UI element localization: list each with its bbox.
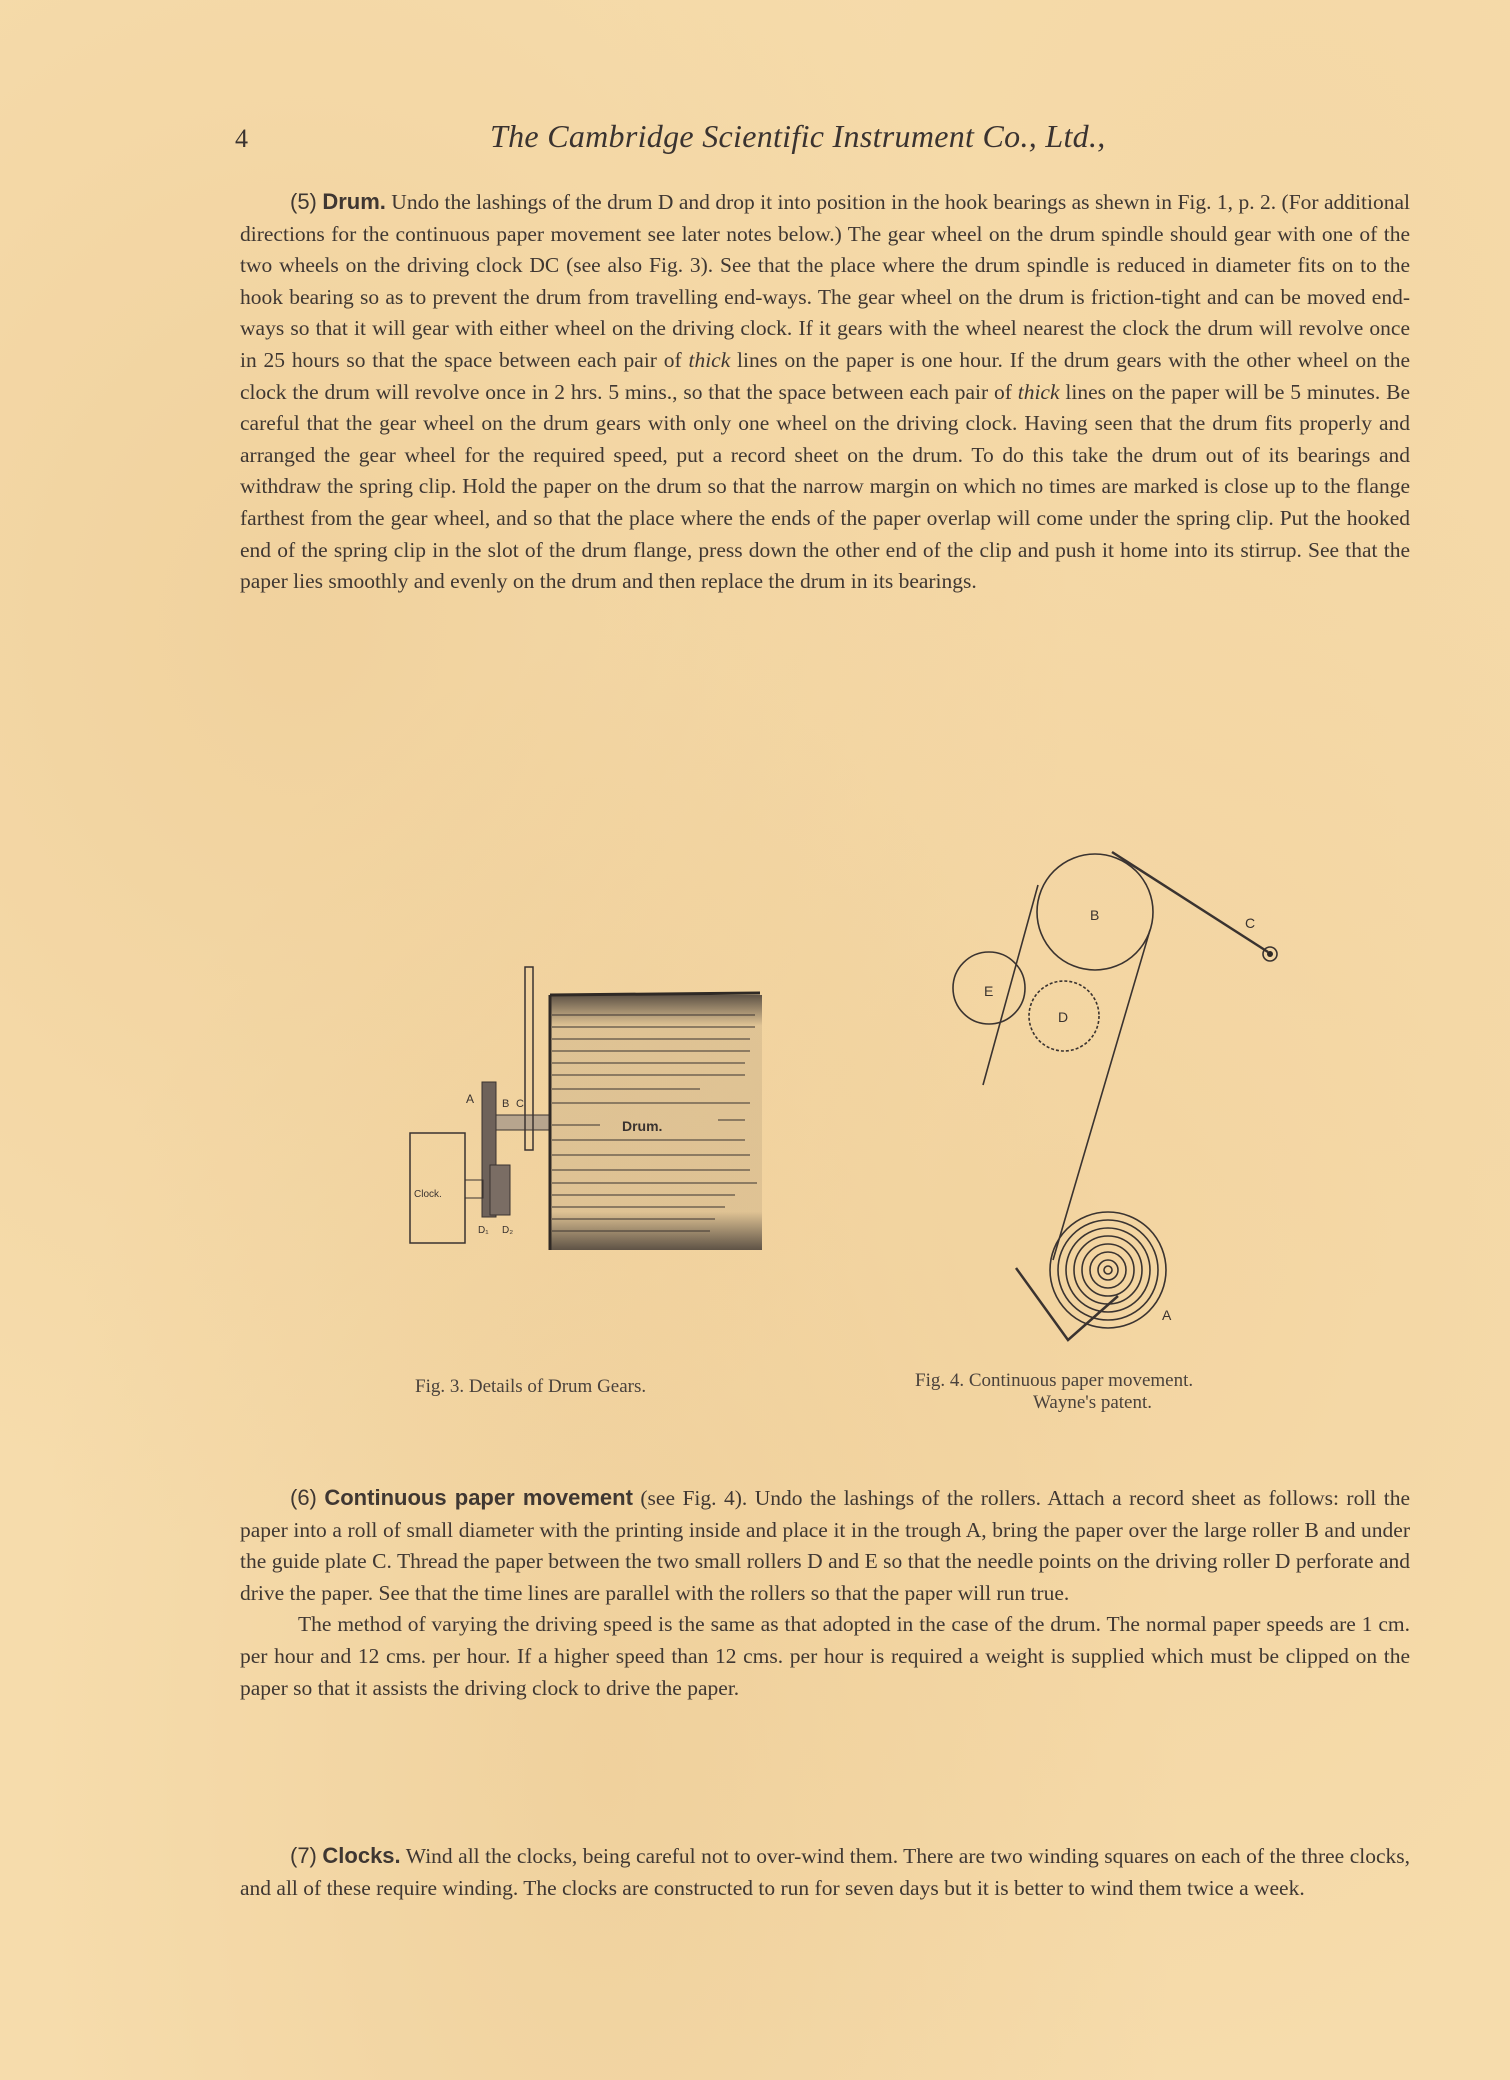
drum-gears-diagram: Clock. Drum. A bbox=[400, 955, 780, 1255]
section-6-continuous-paper: (6) Continuous paper movement (see Fig. … bbox=[240, 1482, 1410, 1704]
section-number: (5) bbox=[290, 189, 317, 214]
clock-label: Clock. bbox=[414, 1189, 442, 1200]
figure-4-continuous-paper: B C E D A bbox=[940, 850, 1310, 1350]
running-header: 4 The Cambridge Scientific Instrument Co… bbox=[235, 118, 1185, 162]
section-7-paragraph: (7) Clocks. Wind all the clocks, being c… bbox=[240, 1840, 1410, 1904]
section-7-clocks: (7) Clocks. Wind all the clocks, being c… bbox=[240, 1840, 1410, 1904]
section-5-paragraph: (5) Drum. Undo the lashings of the drum … bbox=[240, 186, 1410, 598]
section-title: Drum. bbox=[322, 189, 386, 214]
label-a: A bbox=[466, 1092, 474, 1106]
label-d: D bbox=[1058, 1009, 1068, 1025]
body-text: lines on the paper will be 5 minutes. Be… bbox=[240, 380, 1410, 594]
label-d1: D₁ bbox=[478, 1225, 489, 1236]
section-6-paragraph-2: The method of varying the driving speed … bbox=[240, 1609, 1410, 1704]
figure-4-caption: Fig. 4. Continuous paper movement. Wayne… bbox=[915, 1370, 1193, 1414]
section-number: (7) bbox=[290, 1843, 317, 1868]
drum-spindle bbox=[496, 1115, 551, 1130]
label-d2: D₂ bbox=[502, 1225, 513, 1236]
running-title: The Cambridge Scientific Instrument Co.,… bbox=[490, 118, 1106, 155]
section-title: Continuous paper movement bbox=[324, 1485, 633, 1510]
caption-line-2: Wayne's patent. bbox=[915, 1392, 1193, 1414]
figure-3-caption: Fig. 3. Details of Drum Gears. bbox=[415, 1376, 646, 1398]
clock-box bbox=[410, 1133, 465, 1243]
section-number: (6) bbox=[290, 1485, 317, 1510]
caption-line-1: Fig. 4. Continuous paper movement. bbox=[915, 1370, 1193, 1392]
document-page: 4 The Cambridge Scientific Instrument Co… bbox=[0, 0, 1510, 2080]
paper-roll bbox=[1050, 1212, 1166, 1328]
body-text: Wind all the clocks, being careful not t… bbox=[240, 1844, 1410, 1900]
label-a: A bbox=[1162, 1307, 1172, 1323]
gear-d bbox=[490, 1165, 510, 1215]
guide-plate-c bbox=[1112, 852, 1268, 952]
label-c: C bbox=[516, 1098, 524, 1110]
drum-label: Drum. bbox=[622, 1118, 662, 1134]
body-text: Undo the lashings of the drum D and drop… bbox=[240, 190, 1410, 372]
section-title: Clocks. bbox=[322, 1843, 400, 1868]
figure-3-drum-gears: Clock. Drum. A bbox=[400, 955, 780, 1255]
page-number: 4 bbox=[235, 124, 248, 154]
label-c: C bbox=[1245, 915, 1255, 931]
paper-movement-diagram: B C E D A bbox=[940, 850, 1310, 1350]
section-6-paragraph-1: (6) Continuous paper movement (see Fig. … bbox=[240, 1482, 1410, 1609]
label-b: B bbox=[1090, 907, 1099, 923]
section-5-drum: (5) Drum. Undo the lashings of the drum … bbox=[240, 186, 1410, 598]
label-e: E bbox=[984, 983, 993, 999]
emphasis-text: thick bbox=[1018, 380, 1060, 404]
emphasis-text: thick bbox=[688, 348, 730, 372]
label-b: B bbox=[502, 1098, 509, 1110]
